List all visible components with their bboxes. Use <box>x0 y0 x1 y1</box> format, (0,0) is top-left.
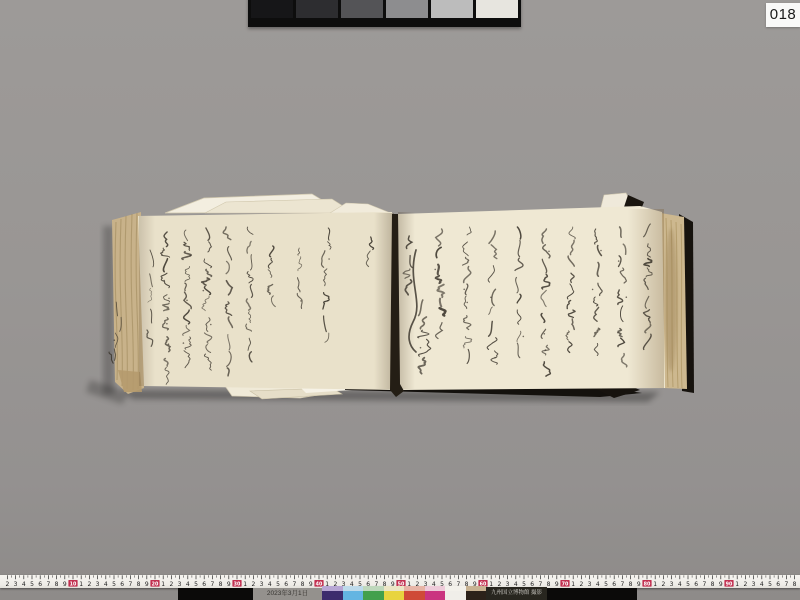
ink-dot <box>190 255 192 257</box>
ink-dot <box>420 347 422 349</box>
ink-dot <box>166 323 168 325</box>
ruler-number: 4 <box>186 581 190 588</box>
ruler-number: 2 <box>169 581 173 588</box>
ink-dot <box>210 324 212 326</box>
color-patch <box>384 591 405 600</box>
ruler-number: 10 <box>70 581 77 587</box>
ink-dot <box>548 251 550 253</box>
ink-dot <box>523 336 525 338</box>
color-patch <box>445 591 466 600</box>
ruler-number: 4 <box>22 581 26 588</box>
ruler-number: 90 <box>726 581 733 587</box>
ruler-number: 6 <box>202 581 206 588</box>
color-calibration-bar <box>322 586 486 600</box>
ruler-number: 7 <box>128 581 132 588</box>
ruler-number: 4 <box>104 581 108 588</box>
ruler-number: 5 <box>768 581 772 588</box>
bottom-strip: 2023年3月1日 九州国立博物館 撮影 <box>0 588 800 600</box>
ink-dot <box>545 349 547 351</box>
ruler-number: 7 <box>620 581 624 588</box>
ink-dot <box>617 332 619 334</box>
ruler-number: 2 <box>743 581 747 588</box>
credit-label: 九州国立博物館 撮影 <box>486 587 547 600</box>
ink-dot <box>328 258 330 260</box>
ink-dot <box>168 343 170 345</box>
fore-edge-smudge <box>665 228 677 372</box>
ruler-number: 6 <box>612 581 616 588</box>
ruler-number: 9 <box>637 581 641 588</box>
ruler-number: 2 <box>87 581 91 588</box>
ruler-number: 7 <box>292 581 296 588</box>
ruler-number: 30 <box>234 581 241 587</box>
right-page <box>398 206 665 390</box>
ink-dot <box>544 333 546 335</box>
color-patch <box>343 591 364 600</box>
ink-dot <box>186 300 188 302</box>
ruler-number: 8 <box>219 581 223 588</box>
ruler-number: 4 <box>760 581 764 588</box>
book-shadow-left <box>103 226 114 394</box>
ruler-number: 2 <box>661 581 665 588</box>
ruler-number: 3 <box>752 581 756 588</box>
ink-dot <box>494 357 496 359</box>
ruler-number: 9 <box>719 581 723 588</box>
ruler-number: 8 <box>301 581 305 588</box>
ink-dot <box>437 279 439 281</box>
ink-dot <box>592 289 594 291</box>
ruler-number: 9 <box>145 581 149 588</box>
ruler-number: 1 <box>571 581 575 588</box>
ruler-number: 9 <box>63 581 67 588</box>
ruler-number: 8 <box>793 581 797 588</box>
ruler-number: 5 <box>686 581 690 588</box>
ruler-number: 5 <box>276 581 280 588</box>
ruler-number: 2 <box>251 581 255 588</box>
ruler-number: 4 <box>268 581 272 588</box>
ruler-number: 5 <box>194 581 198 588</box>
ruler-number: 6 <box>776 581 780 588</box>
ink-dot <box>327 300 329 302</box>
ruler-number: 20 <box>152 581 159 587</box>
photograph: 018 234567891012345678920123456789301234… <box>0 0 800 600</box>
ruler-number: 7 <box>702 581 706 588</box>
ruler-number: 80 <box>644 581 651 587</box>
ink-dot <box>168 298 170 300</box>
fore-edge-line <box>681 224 682 388</box>
ruler-number: 9 <box>555 581 559 588</box>
ink-dot <box>626 296 628 298</box>
ruler-number: 1 <box>735 581 739 588</box>
ruler-number: 5 <box>604 581 608 588</box>
ruler-number: 1 <box>161 581 165 588</box>
shadow-block-right <box>547 588 637 600</box>
ink-dot <box>163 280 165 282</box>
ink-dot <box>114 339 116 341</box>
ruler-number: 6 <box>284 581 288 588</box>
ruler-number: 9 <box>309 581 313 588</box>
color-patch <box>363 591 384 600</box>
ruler-number: 4 <box>678 581 682 588</box>
ruler-number: 2 <box>579 581 583 588</box>
ruler-number: 1 <box>653 581 657 588</box>
ruler-number: 5 <box>30 581 34 588</box>
ruler-number: 8 <box>137 581 141 588</box>
shadow-block-left <box>178 588 253 600</box>
ink-dot <box>490 297 492 299</box>
ruler-number: 3 <box>14 581 18 588</box>
ruler-number: 6 <box>38 581 42 588</box>
ruler-number: 6 <box>694 581 698 588</box>
ruler-number: 70 <box>562 581 569 587</box>
ink-dot <box>434 269 436 271</box>
ruler-number: 6 <box>120 581 124 588</box>
ruler-number: 7 <box>784 581 788 588</box>
ink-dot <box>618 260 620 262</box>
ruler-number: 9 <box>227 581 231 588</box>
ruler-number: 7 <box>46 581 50 588</box>
page-corner-wedge <box>118 370 142 392</box>
ruler-number: 8 <box>629 581 633 588</box>
ruler-number: 2 <box>5 581 9 588</box>
right-page-curl-shade <box>628 209 664 388</box>
ink-dot <box>300 300 302 302</box>
ruler-number: 8 <box>547 581 551 588</box>
ruler-number: 1 <box>79 581 83 588</box>
manuscript-book <box>0 0 800 600</box>
left-page-edge-shade <box>139 216 155 386</box>
ink-dot <box>466 302 468 304</box>
color-patch <box>466 591 487 600</box>
ruler-number: 3 <box>670 581 674 588</box>
ink-dot <box>203 290 205 292</box>
right-page-gutter-shade <box>398 212 415 389</box>
ink-dot <box>183 342 185 344</box>
ruler-number: 3 <box>96 581 100 588</box>
ruler-number: 4 <box>596 581 600 588</box>
ruler-number: 3 <box>588 581 592 588</box>
ruler-number: 8 <box>55 581 59 588</box>
ink-dot <box>463 289 465 291</box>
left-page <box>138 212 396 390</box>
ruler-number: 7 <box>210 581 214 588</box>
ruler-number: 3 <box>260 581 264 588</box>
color-patch-row <box>322 591 486 600</box>
color-patch <box>425 591 446 600</box>
ink-stroke <box>438 265 439 275</box>
ruler-number: 8 <box>711 581 715 588</box>
ink-dot <box>600 250 602 252</box>
color-patch <box>322 591 343 600</box>
ruler-number: 1 <box>243 581 247 588</box>
ruler-number: 5 <box>112 581 116 588</box>
ruler-number: 3 <box>178 581 182 588</box>
color-patch <box>404 591 425 600</box>
date-label: 2023年3月1日 <box>253 588 322 600</box>
